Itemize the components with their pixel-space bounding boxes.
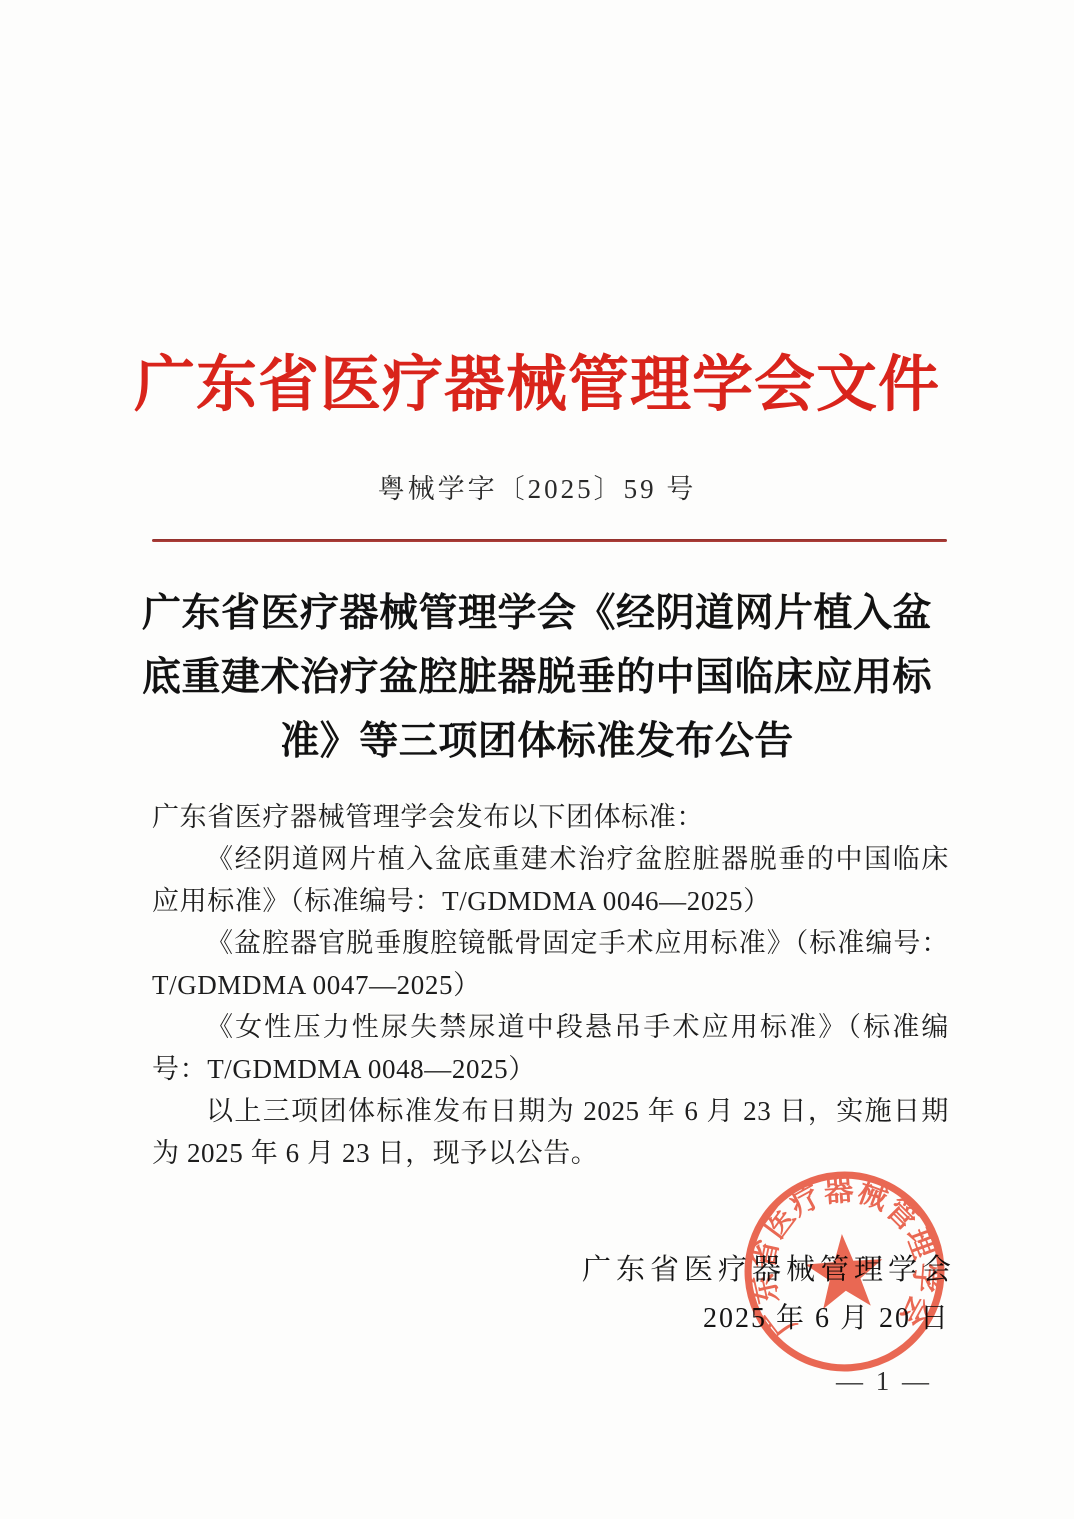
- body-paragraph-standard-3: 《女性压力性尿失禁尿道中段悬吊手术应用标准》（标准编号：T/GDMDMA 004…: [152, 1006, 949, 1090]
- announcement-title-line-2: 底重建术治疗盆腔脏器脱垂的中国临床应用标: [120, 646, 954, 710]
- announcement-title: 广东省医疗器械管理学会《经阴道网片植入盆 底重建术治疗盆腔脏器脱垂的中国临床应用…: [120, 582, 954, 774]
- body-paragraph-standard-1: 《经阴道网片植入盆底重建术治疗盆腔脏器脱垂的中国临床应用标准》（标准编号：T/G…: [152, 838, 949, 922]
- red-divider-line: [152, 539, 947, 542]
- official-seal-graphic: 广东省医疗器械管理学会: [736, 1163, 953, 1380]
- document-page: 广东省医疗器械管理学会文件 粤械学字〔2025〕59 号 广东省医疗器械管理学会…: [0, 0, 1074, 1519]
- body-paragraph-standard-2: 《盆腔器官脱垂腹腔镜骶骨固定手术应用标准》（标准编号：T/GDMDMA 0047…: [152, 922, 949, 1006]
- document-number: 粤械学字〔2025〕59 号: [0, 467, 1074, 506]
- body-paragraph-intro: 广东省医疗器械管理学会发布以下团体标准：: [152, 796, 949, 838]
- announcement-title-line-3: 准》等三项团体标准发布公告: [120, 710, 954, 774]
- document-header-title: 广东省医疗器械管理学会文件: [0, 336, 1074, 423]
- seal-star-icon: [803, 1231, 885, 1310]
- official-seal: 广东省医疗器械管理学会: [736, 1163, 953, 1380]
- announcement-body: 广东省医疗器械管理学会发布以下团体标准： 《经阴道网片植入盆底重建术治疗盆腔脏器…: [152, 796, 949, 1174]
- announcement-title-line-1: 广东省医疗器械管理学会《经阴道网片植入盆: [120, 582, 954, 646]
- body-paragraph-dates: 以上三项团体标准发布日期为 2025 年 6 月 23 日，实施日期为 2025…: [152, 1090, 949, 1174]
